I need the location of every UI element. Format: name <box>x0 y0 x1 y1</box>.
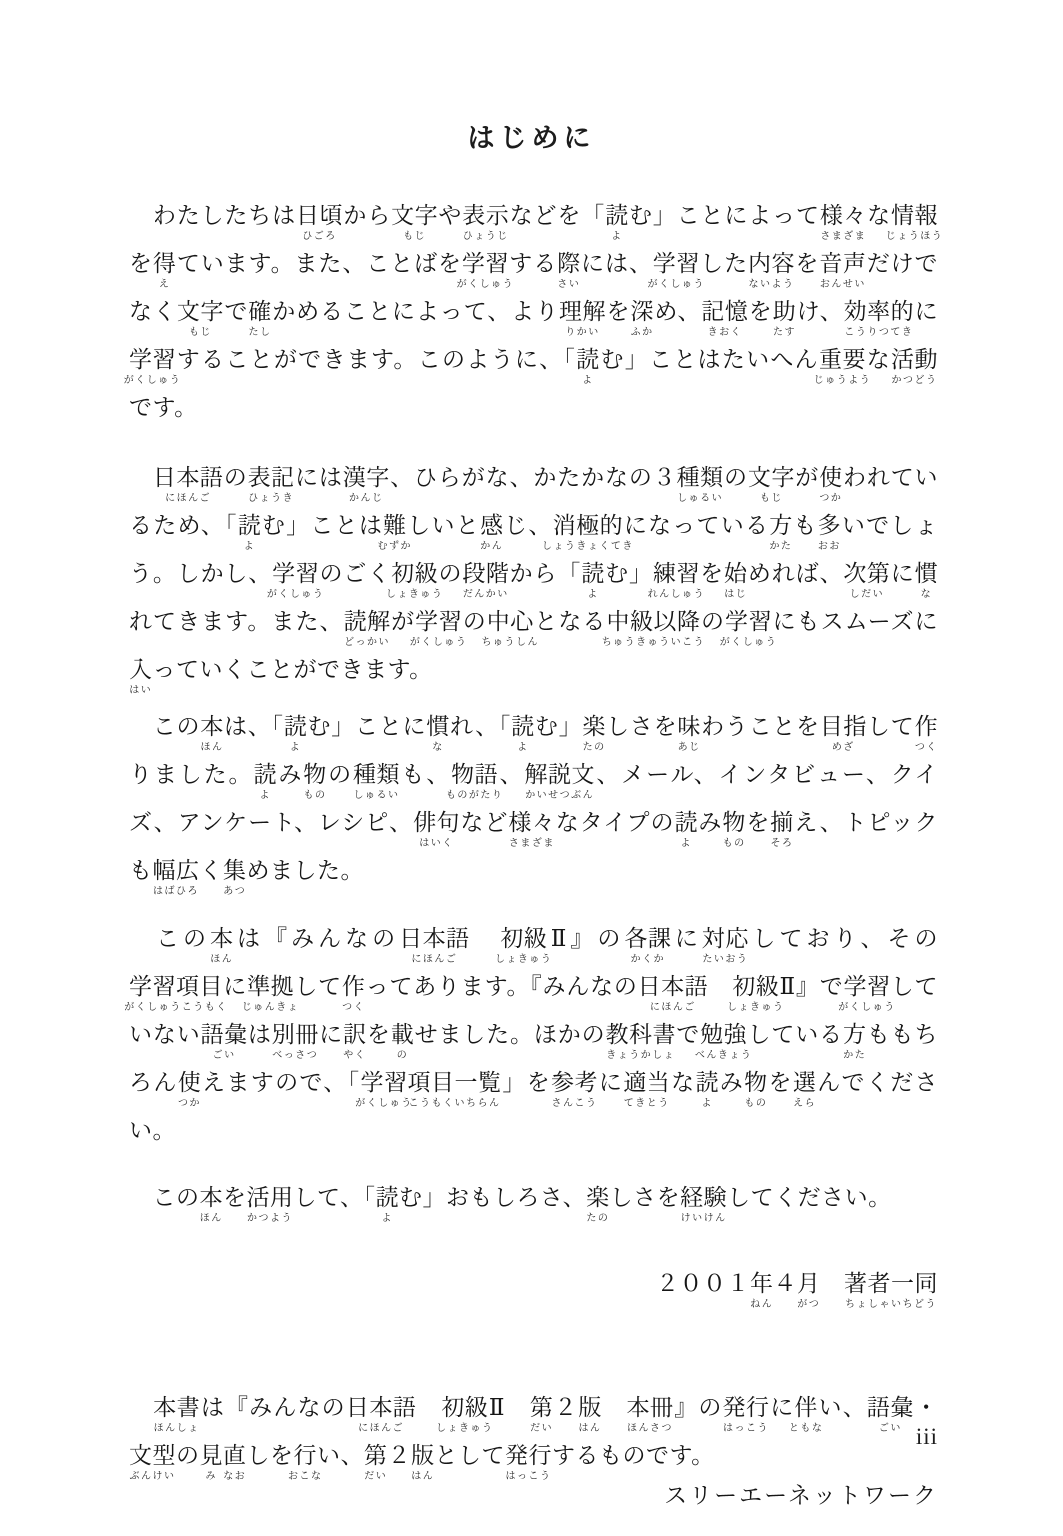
ruby-base-text: 準拠 <box>247 974 294 999</box>
ruby-word: 初級しょきゅう <box>500 915 547 963</box>
ruby-word: 本冊ほんさつ <box>627 1384 674 1432</box>
ruby-word: 練習れんしゅう <box>653 550 700 598</box>
ruby-base-text: 日本語 <box>346 1395 417 1420</box>
furigana-text: どっかい <box>344 638 390 648</box>
furigana-text: ひごろ <box>302 232 337 242</box>
correspondence-paragraph: この本ほんは『みんなの日本語にほんご 初級しょきゅうⅡ』の各課かくかに対応たいお… <box>129 915 938 1155</box>
ruby-word: 対応たいおう <box>702 915 749 963</box>
furigana-text: ふか <box>631 328 654 338</box>
ruby-base-text: 活動 <box>891 347 938 372</box>
ruby-word: 際さい <box>557 240 581 288</box>
ruby-word: 表示ひょうじ <box>462 192 509 240</box>
furigana-text: かつどう <box>892 376 938 386</box>
furigana-text: はばひろ <box>153 887 199 897</box>
ruby-word: 理解りかい <box>559 288 606 336</box>
ruby-word: 集あつ <box>223 847 247 895</box>
ruby-base-text: 初級 <box>732 974 779 999</box>
ruby-word: 慣な <box>426 703 450 751</box>
furigana-text: な <box>921 590 933 600</box>
ruby-word: 本ほん <box>210 915 234 963</box>
furigana-text: もの <box>303 791 326 801</box>
ruby-word: 第だい <box>364 1432 388 1480</box>
ruby-base-text: 際 <box>557 251 581 276</box>
ruby-base-text: 種類 <box>353 762 400 787</box>
ruby-word: 助たす <box>773 288 797 336</box>
ruby-word: 学習項目がくしゅうこうもく <box>129 963 223 1011</box>
ruby-word: 文型ぶんけい <box>129 1432 176 1480</box>
ruby-word: 版はん <box>578 1384 602 1432</box>
ruby-base-text: 漢字 <box>343 465 390 490</box>
ruby-word: 中級以降ちゅうきゅういこう <box>606 598 700 646</box>
ruby-word: 種類しゅるい <box>353 751 400 799</box>
ruby-base-text: 表記 <box>248 465 295 490</box>
ruby-base-text: 載 <box>391 1022 415 1047</box>
ruby-base-text: 読 <box>238 513 262 538</box>
ruby-base-text: 味 <box>677 714 701 739</box>
furigana-text: かた <box>769 542 792 552</box>
ruby-word: 方かた <box>843 1011 867 1059</box>
ruby-word: 版はん <box>411 1432 435 1480</box>
ruby-base-text: 発行 <box>723 1395 770 1420</box>
furigana-text: かんじ <box>349 494 384 504</box>
page-title: はじめに <box>0 122 1063 154</box>
ruby-word: 読よ <box>695 1059 719 1107</box>
ruby-base-text: 日頃 <box>296 203 343 228</box>
ruby-word: 第だい <box>530 1384 554 1432</box>
ruby-base-text: 初級 <box>500 926 547 951</box>
ruby-word: 教科書きょうかしょ <box>605 1011 676 1059</box>
ruby-word: 適当てきとう <box>623 1059 670 1107</box>
furigana-text: がくしゅう <box>410 638 468 648</box>
ruby-word: 日本語にほんご <box>346 1384 417 1432</box>
ruby-base-text: 学習項目 <box>129 974 223 999</box>
furigana-text: たの <box>586 1214 609 1224</box>
ruby-base-text: 年 <box>750 1271 774 1296</box>
ruby-word: 中心ちゅうしん <box>487 598 534 646</box>
ruby-base-text: 学習 <box>129 347 176 372</box>
ruby-base-text: 消極的 <box>553 513 624 538</box>
ruby-word: 読よ <box>253 751 277 799</box>
ruby-base-text: 物 <box>722 810 746 835</box>
ruby-word: 確たし <box>248 288 272 336</box>
ruby-word: 揃そろ <box>770 799 794 847</box>
ruby-word: 得え <box>153 240 177 288</box>
ruby-word: 消極的しょうきょくてき <box>553 502 624 550</box>
ruby-base-text: 俳句 <box>413 810 460 835</box>
ruby-base-text: 揃 <box>770 810 794 835</box>
second-edition-note: 本書ほんしょは『みんなの日本語にほんご 初級しょきゅうⅡ 第だい２版はん 本冊ほ… <box>129 1384 938 1480</box>
furigana-text: よ <box>244 542 256 552</box>
ruby-word: 記憶きおく <box>701 288 748 336</box>
furigana-text: がくしゅう <box>457 280 515 290</box>
furigana-text: ほんさつ <box>627 1424 673 1434</box>
ruby-base-text: 慣 <box>915 561 939 586</box>
ruby-word: 入はい <box>129 646 153 694</box>
furigana-text: ぶんけい <box>130 1472 176 1482</box>
ruby-base-text: 発行 <box>505 1443 552 1468</box>
furigana-text: たす <box>773 328 796 338</box>
ruby-word: 幅広はばひろ <box>153 847 200 895</box>
ruby-word: 経験けいけん <box>680 1174 727 1222</box>
ruby-word: 文字もじ <box>748 454 795 502</box>
ruby-word: 段階だんかい <box>462 550 509 598</box>
ruby-word: 行おこな <box>294 1432 318 1480</box>
ruby-base-text: 伴 <box>794 1395 818 1420</box>
furigana-text: たし <box>249 328 272 338</box>
ruby-base-text: 種類 <box>677 465 724 490</box>
ruby-base-text: 読 <box>605 203 629 228</box>
ruby-base-text: 読 <box>674 810 698 835</box>
ruby-base-text: 対応 <box>702 926 749 951</box>
ruby-word: 読よ <box>581 550 605 598</box>
ruby-word: 読解どっかい <box>344 598 391 646</box>
ruby-word: 日頃ひごろ <box>296 192 343 240</box>
ruby-base-text: 音声 <box>819 251 866 276</box>
furigana-text: はっこう <box>506 1472 552 1482</box>
furigana-text: しゅるい <box>354 791 400 801</box>
ruby-word: 日本語にほんご <box>399 915 470 963</box>
furigana-text: なお <box>223 1472 246 1482</box>
furigana-text: しだい <box>850 590 885 600</box>
ruby-word: 学習がくしゅう <box>653 240 700 288</box>
ruby-base-text: 集 <box>223 858 247 883</box>
ruby-base-text: 学習 <box>843 974 890 999</box>
ruby-base-text: 勉強 <box>700 1022 747 1047</box>
furigana-text: ともな <box>789 1424 824 1434</box>
ruby-word: 種類しゅるい <box>677 454 724 502</box>
ruby-base-text: 使 <box>819 465 843 490</box>
ruby-word: 月がつ <box>797 1260 821 1308</box>
furigana-text: よ <box>701 1099 713 1109</box>
ruby-word: 本書ほんしょ <box>153 1384 200 1432</box>
ruby-word: 物もの <box>744 1059 768 1107</box>
furigana-text: えら <box>793 1099 816 1109</box>
furigana-text: さんこう <box>552 1099 598 1109</box>
furigana-text: ごい <box>213 1051 236 1061</box>
ruby-base-text: 見 <box>200 1443 224 1468</box>
ruby-base-text: 入 <box>129 657 153 682</box>
furigana-text: ちゅうきゅういこう <box>602 638 706 648</box>
ruby-word: 訳やく <box>343 1011 367 1059</box>
ruby-base-text: 活用 <box>247 1185 294 1210</box>
ruby-word: 物語ものがたり <box>451 751 498 799</box>
ruby-word: 読よ <box>576 336 600 384</box>
ruby-base-text: 多 <box>818 513 842 538</box>
ruby-base-text: 確 <box>248 299 272 324</box>
furigana-text: おこな <box>288 1472 323 1482</box>
ruby-word: 勉強べんきょう <box>700 1011 747 1059</box>
ruby-base-text: 感 <box>480 513 504 538</box>
ruby-base-text: 訳 <box>343 1022 367 1047</box>
ruby-base-text: 楽 <box>586 1185 610 1210</box>
ruby-base-text: 文字 <box>391 203 438 228</box>
furigana-text: かた <box>843 1051 866 1061</box>
furigana-text: はん <box>411 1472 434 1482</box>
ruby-base-text: 情報 <box>891 203 938 228</box>
ruby-word: 読よ <box>605 192 629 240</box>
ruby-word: 目指めざ <box>820 703 867 751</box>
ruby-base-text: 読 <box>695 1070 719 1095</box>
ruby-base-text: 本 <box>200 1185 224 1210</box>
ruby-base-text: 版 <box>578 1395 602 1420</box>
ruby-base-text: 別冊 <box>272 1022 319 1047</box>
furigana-text: はん <box>578 1424 601 1434</box>
ruby-base-text: 本 <box>200 714 224 739</box>
ruby-word: 漢字かんじ <box>343 454 390 502</box>
furigana-text: がくしゅう <box>267 590 325 600</box>
ruby-word: 作つく <box>915 703 939 751</box>
furigana-text: はっこう <box>723 1424 769 1434</box>
ruby-base-text: 項目一覧 <box>408 1070 502 1095</box>
ruby-base-text: 文字 <box>177 299 224 324</box>
ruby-base-text: 重要 <box>819 347 866 372</box>
ruby-base-text: 中心 <box>487 609 534 634</box>
ruby-base-text: 次第 <box>843 561 890 586</box>
ruby-base-text: 日本語 <box>399 926 470 951</box>
ruby-word: 味あじ <box>677 703 701 751</box>
ruby-word: 活用かつよう <box>247 1174 294 1222</box>
furigana-text: よ <box>680 839 692 849</box>
ruby-base-text: 様々 <box>508 810 555 835</box>
ruby-base-text: 学習 <box>361 1070 408 1095</box>
ruby-word: 発行はっこう <box>505 1432 552 1480</box>
ruby-base-text: 作 <box>342 974 366 999</box>
ruby-word: 深ふか <box>630 288 654 336</box>
furigana-text: ほん <box>201 743 224 753</box>
ruby-base-text: 難 <box>383 513 407 538</box>
ruby-word: 重要じゅうよう <box>819 336 866 384</box>
ruby-base-text: 第 <box>530 1395 554 1420</box>
ruby-base-text: 効率的 <box>844 299 915 324</box>
ruby-word: 読よ <box>674 799 698 847</box>
furigana-text: おお <box>818 542 841 552</box>
furigana-text: けいけん <box>681 1214 727 1224</box>
ruby-word: 日本語にほんご <box>638 963 709 1011</box>
ruby-base-text: 読 <box>253 762 277 787</box>
ruby-base-text: 慣 <box>426 714 450 739</box>
ruby-base-text: 物 <box>303 762 327 787</box>
ruby-base-text: 版 <box>411 1443 435 1468</box>
furigana-text: よ <box>587 590 599 600</box>
furigana-text: よ <box>611 232 623 242</box>
furigana-text: よ <box>382 1214 394 1224</box>
ruby-base-text: 教科書 <box>605 1022 676 1047</box>
ruby-base-text: 読 <box>284 714 308 739</box>
furigana-text: よ <box>290 743 302 753</box>
ruby-word: 物もの <box>722 799 746 847</box>
ruby-word: 参考さんこう <box>551 1059 598 1107</box>
ruby-word: 選えら <box>793 1059 817 1107</box>
ruby-word: 感かん <box>480 502 504 550</box>
ruby-base-text: 読解 <box>344 609 391 634</box>
furigana-text: え <box>159 280 171 290</box>
ruby-word: 始はじ <box>724 550 748 598</box>
furigana-text: がくしゅう <box>648 280 706 290</box>
ruby-word: 別冊べっさつ <box>272 1011 319 1059</box>
ruby-base-text: 初級 <box>441 1395 488 1420</box>
furigana-text: さまざま <box>509 839 555 849</box>
ruby-word: 初級しょきゅう <box>441 1384 488 1432</box>
ruby-word: 本ほん <box>200 703 224 751</box>
furigana-text: がくしゅう <box>124 376 182 386</box>
furigana-text: しゅるい <box>677 494 723 504</box>
ruby-base-text: 参考 <box>551 1070 598 1095</box>
ruby-word: 学習がくしゅう <box>272 550 319 598</box>
ruby-base-text: 語彙 <box>867 1395 914 1420</box>
ruby-word: 様々さまざま <box>820 192 867 240</box>
furigana-text: もの <box>744 1099 767 1109</box>
ruby-base-text: 行 <box>294 1443 318 1468</box>
ruby-word: 日本語にほんご <box>153 454 224 502</box>
ruby-word: 方かた <box>769 502 793 550</box>
ruby-word: 学習がくしゅう <box>843 963 890 1011</box>
ruby-word: 学習がくしゅう <box>129 336 176 384</box>
ruby-word: 著者一同ちょしゃいちどう <box>844 1260 938 1308</box>
ruby-base-text: 学習 <box>415 609 462 634</box>
furigana-text: かつよう <box>247 1214 293 1224</box>
furigana-text: ちょしゃいちどう <box>845 1300 937 1310</box>
ruby-word: 様々さまざま <box>508 799 555 847</box>
furigana-text: じょうほう <box>886 232 944 242</box>
ruby-word: 直なお <box>223 1432 247 1480</box>
furigana-text: そろ <box>771 839 794 849</box>
ruby-base-text: 物語 <box>451 762 498 787</box>
ruby-base-text: 学習 <box>272 561 319 586</box>
ruby-word: 文字もじ <box>391 192 438 240</box>
ruby-base-text: 使 <box>178 1070 202 1095</box>
ruby-base-text: 目指 <box>820 714 867 739</box>
ruby-word: 内容ないよう <box>748 240 795 288</box>
furigana-text: がつ <box>797 1300 820 1310</box>
furigana-text: べっさつ <box>272 1051 318 1061</box>
furigana-text: ほん <box>200 1214 223 1224</box>
ruby-word: 準拠じゅんきょ <box>247 963 294 1011</box>
ruby-base-text: 幅広 <box>153 858 200 883</box>
ruby-base-text: 楽 <box>582 714 606 739</box>
ruby-base-text: 第 <box>364 1443 388 1468</box>
ruby-base-text: 読 <box>511 714 535 739</box>
ruby-base-text: 読 <box>376 1185 400 1210</box>
furigana-text: こうもくいちらん <box>409 1099 501 1109</box>
ruby-word: 学習がくしゅう <box>361 1059 408 1107</box>
furigana-text: ちゅうしん <box>482 638 540 648</box>
ruby-word: 効率的こうりつてき <box>844 288 915 336</box>
ruby-base-text: 助 <box>773 299 797 324</box>
furigana-text: しょきゅう <box>436 1424 494 1434</box>
ruby-word: 学習がくしゅう <box>415 598 462 646</box>
furigana-text: もじ <box>189 328 212 338</box>
ruby-base-text: 読 <box>576 347 600 372</box>
ruby-word: 初級しょきゅう <box>732 963 779 1011</box>
furigana-text: つく <box>915 743 938 753</box>
ruby-base-text: 文型 <box>129 1443 176 1468</box>
book-aim-paragraph: この本ほんは、「読よむ」ことに慣なれ、「読よむ」楽たのしさを味あじわうことを目指… <box>129 703 938 895</box>
ruby-word: 読よ <box>238 502 262 550</box>
ruby-word: 本ほん <box>200 1174 224 1222</box>
furigana-text: てきとう <box>624 1099 670 1109</box>
ruby-word: 読よ <box>376 1174 400 1222</box>
furigana-text: ねん <box>750 1300 773 1310</box>
furigana-text: じゅうよう <box>814 376 872 386</box>
ruby-base-text: 深 <box>630 299 654 324</box>
closing-paragraph: この本ほんを活用かつようして、「読よむ」おもしろさ、楽たのしさを経験けいけんして… <box>129 1174 938 1222</box>
ruby-word: 文字もじ <box>177 288 224 336</box>
ruby-word: 語彙ごい <box>201 1011 248 1059</box>
ruby-word: 読よ <box>284 703 308 751</box>
intro-paragraph: わたしたちは日頃ひごろから文字もじや表示ひょうじなどを「読よむ」ことによって様々… <box>129 192 938 432</box>
furigana-text: な <box>432 743 444 753</box>
ruby-base-text: 本 <box>210 926 234 951</box>
ruby-base-text: 学習 <box>725 609 772 634</box>
ruby-word: 表記ひょうき <box>248 454 295 502</box>
ruby-base-text: 各課 <box>624 926 671 951</box>
ruby-base-text: 学習 <box>653 251 700 276</box>
ruby-base-text: 本書 <box>153 1395 200 1420</box>
furigana-text: み <box>206 1472 218 1482</box>
preface-content: わたしたちは日頃ひごろから文字もじや表示ひょうじなどを「読よむ」ことによって様々… <box>0 192 1063 1520</box>
furigana-text: めざ <box>832 743 855 753</box>
ruby-word: 楽たの <box>582 703 606 751</box>
furigana-text: にほんご <box>165 494 211 504</box>
furigana-text: だい <box>364 1472 387 1482</box>
furigana-text: はい <box>129 686 152 696</box>
ruby-base-text: 語彙 <box>201 1022 248 1047</box>
furigana-text: あつ <box>223 887 246 897</box>
furigana-text: はいく <box>419 839 454 849</box>
ruby-word: 多おお <box>818 502 842 550</box>
ruby-base-text: 文字 <box>748 465 795 490</box>
ruby-base-text: 方 <box>843 1022 867 1047</box>
ruby-word: 作つく <box>342 963 366 1011</box>
ruby-base-text: 学習 <box>462 251 509 276</box>
ruby-base-text: 物 <box>744 1070 768 1095</box>
ruby-base-text: 表示 <box>462 203 509 228</box>
ruby-word: 慣な <box>915 550 939 598</box>
furigana-text: よ <box>582 376 594 386</box>
ruby-base-text: 内容 <box>748 251 795 276</box>
ruby-base-text: 本冊 <box>627 1395 674 1420</box>
ruby-base-text: 理解 <box>559 299 606 324</box>
furigana-text: しょきゅう <box>495 955 553 965</box>
ruby-base-text: 得 <box>153 251 177 276</box>
ruby-base-text: 初級 <box>391 561 438 586</box>
ruby-base-text: 記憶 <box>701 299 748 324</box>
book-page: はじめに わたしたちは日頃ひごろから文字もじや表示ひょうじなどを「読よむ」ことに… <box>0 0 1063 1536</box>
ruby-base-text: 経験 <box>680 1185 727 1210</box>
furigana-text: もじ <box>403 232 426 242</box>
date-signature: ２００１年ねん４月がつ 著者一同ちょしゃいちどう <box>129 1260 938 1308</box>
ruby-word: 発行はっこう <box>723 1384 770 1432</box>
ruby-base-text: 方 <box>769 513 793 538</box>
ruby-word: 情報じょうほう <box>891 192 938 240</box>
furigana-text: よ <box>259 791 271 801</box>
furigana-text: つか <box>178 1099 201 1109</box>
ruby-base-text: 日本語 <box>153 465 224 490</box>
ruby-base-text: 練習 <box>653 561 700 586</box>
ruby-base-text: 中級以降 <box>606 609 700 634</box>
ruby-word: 使つか <box>819 454 843 502</box>
ruby-base-text: 作 <box>915 714 939 739</box>
ruby-word: 見み <box>200 1432 224 1480</box>
ruby-base-text: 日本語 <box>638 974 709 999</box>
ruby-word: 解説文かいせつぶん <box>524 751 595 799</box>
furigana-text: がくしゅう <box>355 1099 413 1109</box>
ruby-base-text: 選 <box>793 1070 817 1095</box>
ruby-word: 読よ <box>511 703 535 751</box>
ruby-word: 音声おんせい <box>819 240 866 288</box>
ruby-word: 活動かつどう <box>891 336 938 384</box>
ruby-base-text: 著者一同 <box>844 1271 938 1296</box>
